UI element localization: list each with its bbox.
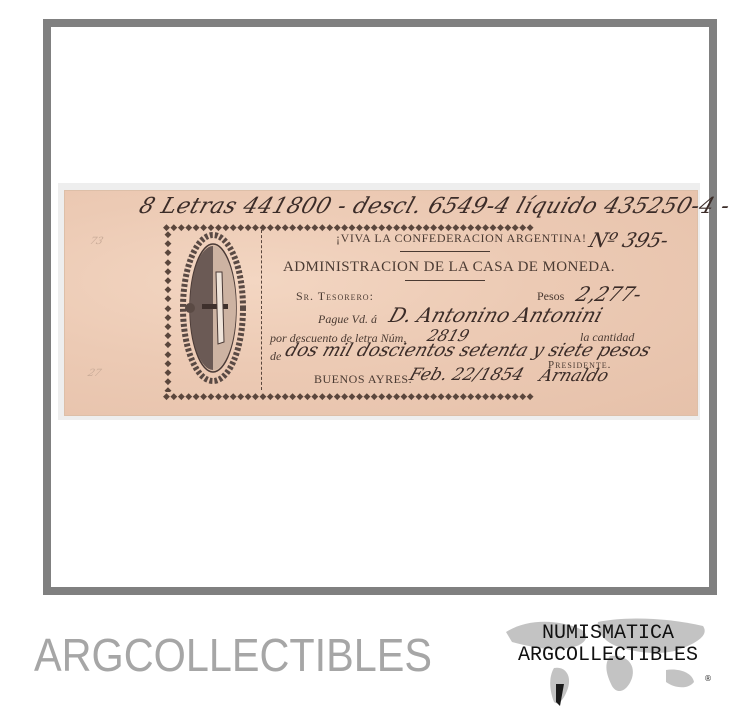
logo-line-1: NUMISMATICA — [498, 624, 718, 644]
city-label: BUENOS AYRES. — [314, 372, 412, 387]
document-title: ADMINISTRACION DE LA CASA DE MONEDA. — [283, 259, 615, 276]
payee-name: D. Antonino Antonini — [386, 303, 606, 327]
ornament-rule-1 — [400, 251, 490, 252]
ornament-border-left: ◆◆◆◆◆◆◆◆◆◆◆◆◆◆◆◆◆◆ — [163, 230, 173, 392]
ornament-rule-2 — [405, 280, 485, 281]
logo-line-2: ARGCOLLECTIBLES — [498, 646, 718, 666]
header-exclamation: ¡VIVA LA CONFEDERACION ARGENTINA! — [336, 231, 587, 246]
divider-line — [261, 230, 262, 390]
addressee-label: Sr. Tesorero: — [296, 289, 374, 304]
numismatica-logo: NUMISMATICA ARGCOLLECTIBLES ® — [498, 612, 718, 708]
handwritten-top-line: 8 Letras 441800 - descl. 6549-4 líquido … — [136, 194, 734, 219]
amount-words: dos mil doscientos setenta y siete pesos — [283, 340, 654, 361]
pesos-label: Pesos — [537, 289, 564, 304]
brand-text: ARGCOLLECTIBLES — [34, 628, 432, 682]
coat-of-arms-emblem — [180, 232, 246, 384]
signature: Arnaldo — [537, 366, 612, 386]
registered-mark: ® — [704, 674, 712, 683]
de-label: de — [270, 349, 281, 364]
date-handwritten: Feb. 22/1854 — [407, 365, 527, 385]
pay-label: Pague Vd. á — [318, 312, 377, 327]
ornament-border-bottom: ◆◆◆◆◆◆◆◆◆◆◆◆◆◆◆◆◆◆◆◆◆◆◆◆◆◆◆◆◆◆◆◆◆◆◆◆◆◆◆◆… — [163, 391, 643, 401]
number-mark: Nº 395- — [586, 228, 672, 252]
